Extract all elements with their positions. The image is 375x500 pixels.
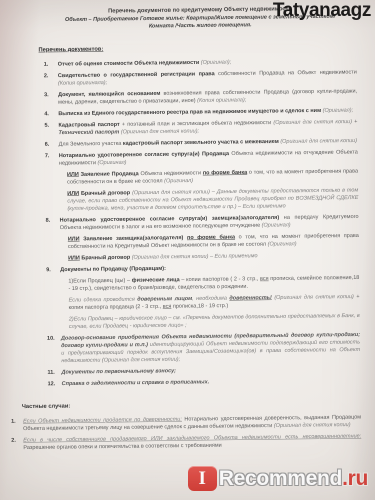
item-text: Если сделка проводится доверенным лицом,… [69,293,360,312]
list-item: 8.Нотариально удостоверенное согласие су… [46,213,359,232]
item-text: 1)Если Продавец (цы) – физические лица –… [68,274,359,293]
list-item: 1.Отчет об оценке стоимости Объекта недв… [44,57,357,68]
list-item: Если сделка проводится доверенным лицом,… [69,293,360,312]
item-number: 5. [44,122,58,137]
item-number: 9. [46,266,60,274]
item-text: Документы по первоначальному взносу; [61,365,360,376]
list-item: 2)Если Продавец – юридическое лицо – см.… [69,312,360,331]
item-number: 12. [48,380,62,388]
item-text: 2)Если Продавец – юридическое лицо – см.… [69,312,360,331]
item-number: 1. [44,61,58,69]
list-item: 7.Нотариально удостоверенное согласие су… [45,148,358,167]
item-text: Если в числе собственников продаваемого … [23,432,361,451]
irecommend-brand-text: Recommend [219,467,342,491]
list-item: 10.Договор-основание приобретения Объект… [47,331,360,365]
item-text: Отчет об оценке стоимости Объекта недвиж… [58,57,357,68]
item-number: 4. [44,110,58,118]
username-watermark: Tatyanaagz [273,0,371,22]
item-text: Документ, являющийся основанием возникно… [58,87,357,106]
special-case-item: 2.Если в числе собственников продаваемог… [11,432,361,451]
item-text: Договор-основание приобретения Объекта н… [61,331,360,365]
list-item: 9.Документы по Продавцу (Продавцам): [46,262,359,273]
item-text: Документы по Продавцу (Продавцам): [60,262,359,273]
item-number: 1. [11,418,23,433]
item-number: 11. [47,369,61,377]
item-number: 7. [45,152,59,167]
item-text: Кадастровый паспорт + поэтажный план и э… [58,118,357,137]
list-item: 6.Для Земельного участка кадастровый пас… [45,137,358,148]
irecommend-tld-text: .ru [342,467,368,491]
item-text: Если Объект недвижимости продается по до… [23,413,361,432]
special-cases-list: 1.Если Объект недвижимости продается по … [11,413,361,451]
list-item: ИЛИ Брачный договор (Оригинал для снятия… [67,186,358,212]
document-content: Перечень документов по кредитуемому Объе… [0,4,375,452]
item-text: Справка о задолженности и справка о проп… [62,376,361,387]
item-number: 6. [45,141,59,149]
item-number: 3. [44,91,58,106]
item-text: Нотариально удостоверенное согласие супр… [59,148,358,167]
list-item: 4.Выписка из Единого государственного ре… [44,106,357,117]
list-title: Перечень документов: [38,42,375,54]
irecommend-watermark: I Recommend .ru [188,466,368,491]
document-sheet: Перечень документов по кредитуемому Объе… [0,0,375,500]
item-text: ИЛИ Заявление заемщика(залогодателя) по … [68,232,359,251]
item-text: ИЛИ Заявление Продавца Объекта недвижимо… [67,167,358,186]
list-item: 11.Документы по первоначальному взносу; [47,365,360,376]
item-number: 10. [47,335,61,365]
item-number: 2. [11,437,23,452]
item-text: Свидетельство о государственной регистра… [58,68,357,87]
item-text: ИЛИ Брачный договор (Оригинал для снятия… [68,251,359,262]
list-item: 2.Свидетельство о государственной регист… [44,68,357,87]
item-text: Для Земельного участка кадастровый паспо… [59,137,358,148]
item-text: Выписка из Единого государственного реес… [58,106,357,117]
list-item: 3.Документ, являющийся основанием возник… [44,87,357,106]
item-text: ИЛИ Брачный договор (Оригинал для снятия… [67,186,358,212]
item-number: 2. [44,72,58,87]
irecommend-logo-icon: I [188,466,217,491]
list-item: 12.Справка о задолженности и справка о п… [48,376,361,387]
document-list: 1.Отчет об оценке стоимости Объекта недв… [44,57,361,388]
special-cases-title: Частные случаи: [22,399,375,411]
document-photo: Перечень документов по кредитуемому Объе… [0,0,375,500]
list-item: ИЛИ Заявление заемщика(залогодателя) по … [68,232,359,251]
special-case-item: 1.Если Объект недвижимости продается по … [11,413,361,432]
item-text: Нотариально удостоверенное согласие супр… [60,213,359,232]
list-item: ИЛИ Заявление Продавца Объекта недвижимо… [67,167,358,186]
item-number: 8. [46,217,60,232]
list-item: 1)Если Продавец (цы) – физические лица –… [68,274,359,293]
list-item: ИЛИ Брачный договор (Оригинал для снятия… [68,251,359,262]
list-item: 5.Кадастровый паспорт + поэтажный план и… [44,118,357,137]
